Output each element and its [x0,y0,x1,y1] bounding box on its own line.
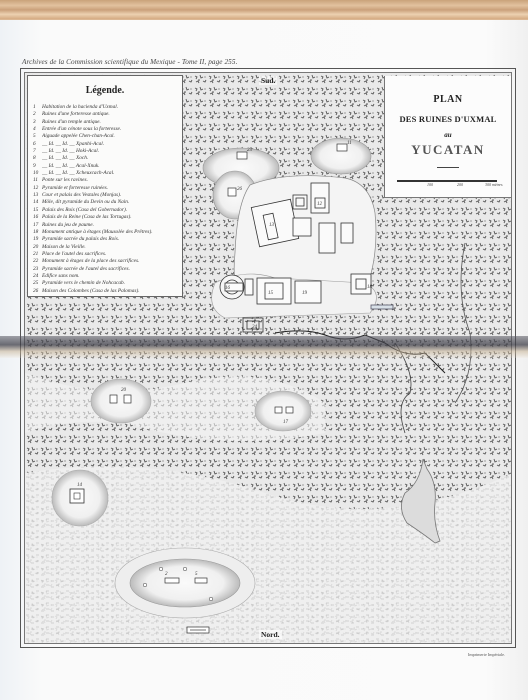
legend-title: Légende. [33,85,177,96]
legend-item: 5Aiguade appelée Chen-chan-Acal. [33,133,177,140]
legend-item: 20Maison de la Vieille. [33,244,177,251]
legend-item: 13Cour et palais des Vestales (Monjas). [33,192,177,199]
legend-item: 21Place de l'autel des sacrifices. [33,251,177,258]
legend-item: 3Ruines d'un temple antique. [33,119,177,126]
scale-label: 100 [427,182,433,187]
legend-item: 16Palais de la Reine (Casa de las Tortug… [33,214,177,221]
imprint-note: Imprimerie Impériale. [468,652,505,657]
title-ruins: DES RUINES D'UXMAL [385,114,511,124]
svg-text:12: 12 [317,202,323,207]
legend-item: 18Monument antique à étages (Mausolée de… [33,229,177,236]
legend-item: 4Entrée d'un cénote sous la forteresse. [33,126,177,133]
svg-text:25: 25 [247,148,253,153]
svg-text:18: 18 [367,285,373,290]
svg-text:24: 24 [252,325,258,330]
legend-list: 1Habitation de la hacienda d'Uxmal. 2Rui… [33,104,177,295]
svg-text:20: 20 [121,388,127,393]
legend-box: Légende. 1Habitation de la hacienda d'Ux… [27,75,183,297]
legend-item: 6__ Id. __ Id. __ Xpanhi-Acal. [33,141,177,148]
book-fold-shadow [0,336,528,358]
legend-item: 15Palais des Rois (Casa del Gobernador). [33,207,177,214]
legend-item: 9__ Id. __ Id. __ Acal-Xnuk. [33,163,177,170]
archive-header-note: Archives de la Commission scientifique d… [22,58,237,66]
legend-item: 24Édifice sans nom. [33,273,177,280]
title-cartouche: PLAN DES RUINES D'UXMAL au YUCATAN 100 2… [384,76,511,198]
svg-text:26: 26 [237,187,243,192]
legend-item: 12Pyramide et forteresse ruinées. [33,185,177,192]
legend-item: 11Ponte sur les ravines. [33,177,177,184]
book-page-edges [0,0,528,22]
legend-item: 25Pyramide vers le chemin de Nohcacab. [33,280,177,287]
legend-item: 23Pyramide sacrée de l'autel des sacrifi… [33,266,177,273]
svg-text:11: 11 [347,141,352,146]
legend-item: 7__ Id. __ Id. __ Hoki-Acal. [33,148,177,155]
legend-item: 19Pyramide sacrée du palais des Rois. [33,236,177,243]
legend-item: 1Habitation de la hacienda d'Uxmal. [33,104,177,111]
svg-text:17: 17 [283,420,289,425]
legend-item: 17Ruines du jeu de paume. [33,222,177,229]
legend-item: 14Môle, dit pyramide du Devin ou du Nain… [33,199,177,206]
title-au: au [385,131,511,139]
svg-text:19: 19 [302,291,308,296]
compass-south-label: Sud. [259,76,277,85]
legend-item: 2Ruines d'une forteresse antique. [33,111,177,118]
svg-text:14: 14 [77,483,83,488]
legend-item: 26Maison des Colombes (Casa de las Palom… [33,288,177,295]
title-yucatan: YUCATAN [385,142,511,158]
legend-item: 10__ Id. __ Id. __ Xcheuxcach-Acal. [33,170,177,177]
scale-label: 200 [457,182,463,187]
scale-label: 300 mètres [485,182,503,187]
scale-bar: 100 200 300 mètres [397,178,505,188]
svg-text:16: 16 [225,286,231,291]
svg-text:15: 15 [268,291,274,296]
compass-north-label: Nord. [259,630,282,639]
svg-text:13: 13 [269,223,275,228]
scale-bar-line [397,180,497,182]
legend-item: 22Monument à étages de la place des sacr… [33,258,177,265]
title-plan: PLAN [385,94,511,105]
title-rule [437,167,459,168]
legend-item: 8__ Id. __ Id. __ Xoch. [33,155,177,162]
